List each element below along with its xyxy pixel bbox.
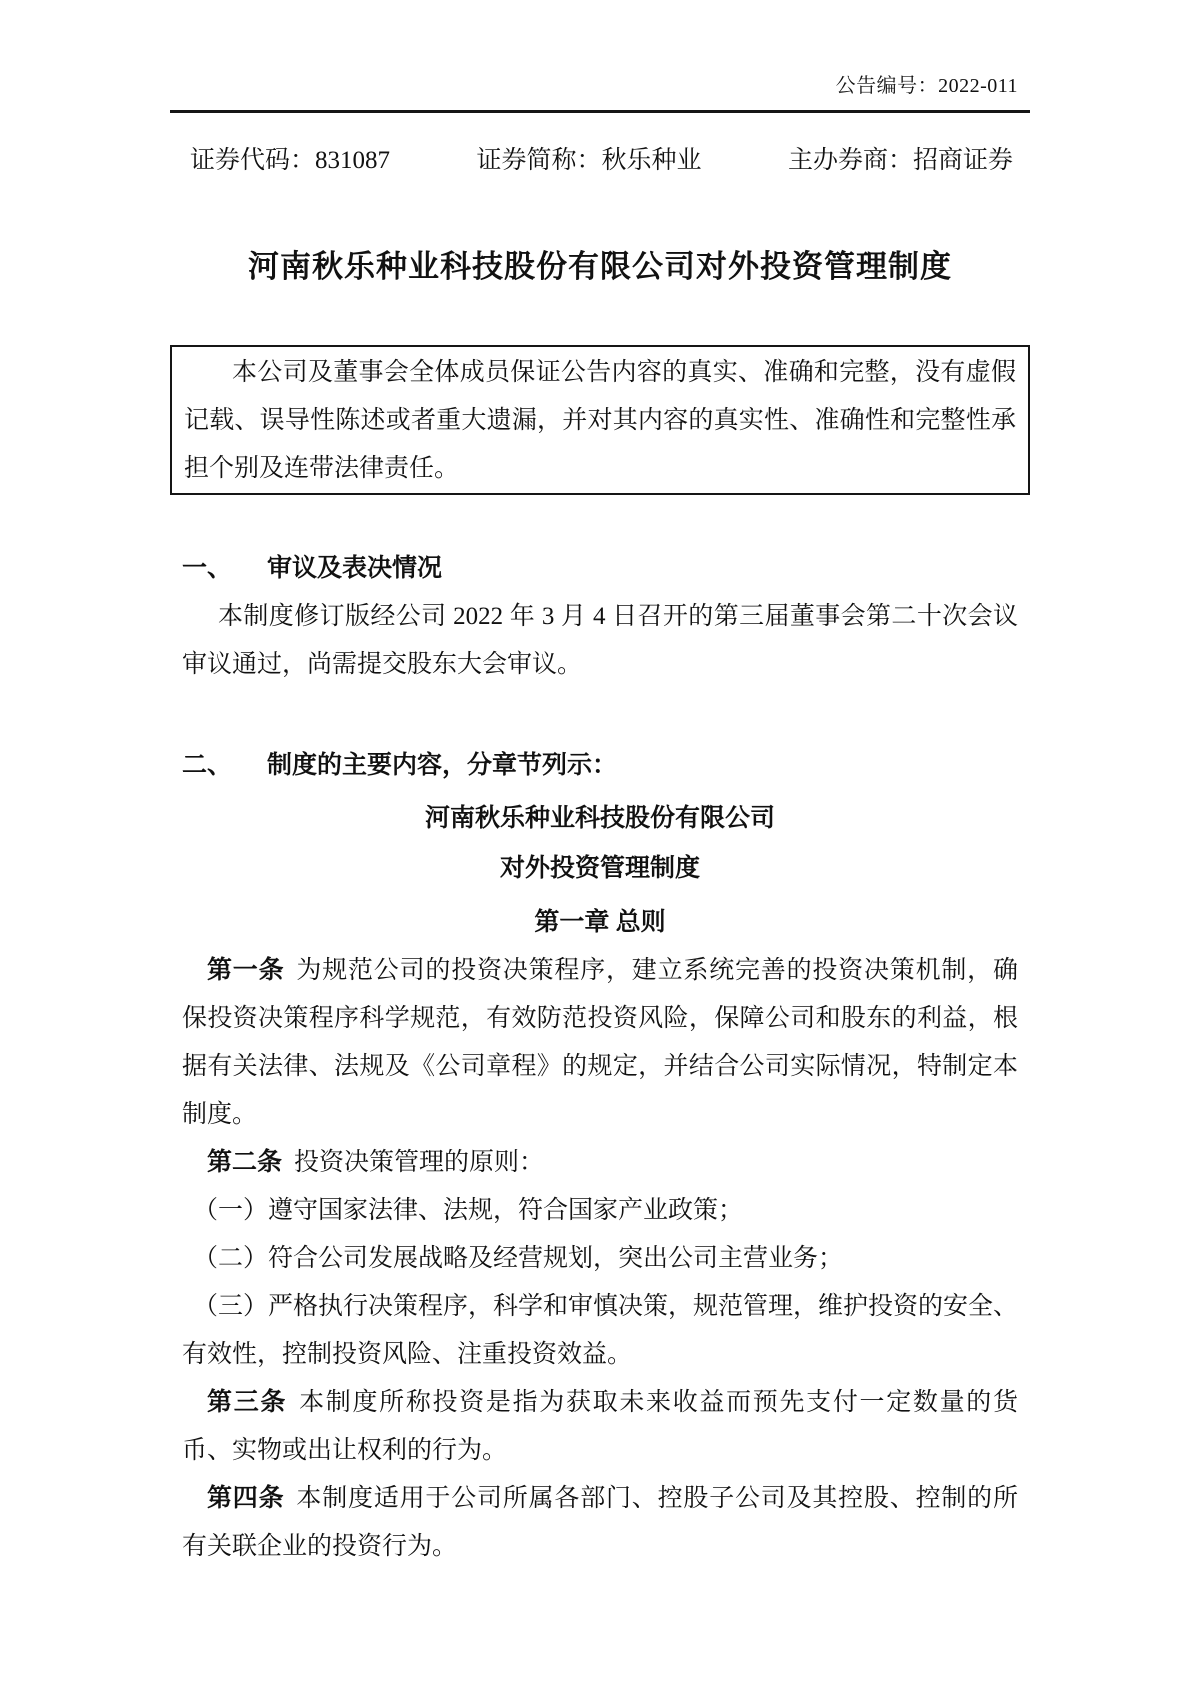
document-page: 公告编号：2022-011 证券代码：831087 证券简称：秋乐种业 主办券商… [0, 0, 1200, 1696]
document-body: 一、审议及表决情况 本制度修订版经公司 2022 年 3 月 4 日召开的第三届… [182, 545, 1018, 1571]
announcement-number: 公告编号：2022-011 [182, 0, 1018, 100]
article-3-label: 第三条 [207, 1389, 287, 1416]
disclaimer-text: 本公司及董事会全体成员保证公告内容的真实、准确和完整，没有虚假记载、误导性陈述或… [184, 359, 1016, 482]
section-1-number: 一、 [182, 545, 267, 593]
inner-doc-company-name: 河南秋乐种业科技股份有限公司 [182, 795, 1018, 843]
inner-doc-title: 对外投资管理制度 [182, 845, 1018, 893]
principle-item-2: （二）符合公司发展战略及经营规划，突出公司主营业务； [182, 1235, 1018, 1283]
securities-code: 证券代码：831087 [190, 147, 390, 175]
section-2-heading: 二、制度的主要内容，分章节列示： [182, 742, 1018, 790]
section-1-heading-label: 审议及表决情况 [267, 555, 442, 582]
section-1-heading: 一、审议及表决情况 [182, 545, 1018, 593]
section-2-heading-label: 制度的主要内容，分章节列示： [267, 752, 617, 779]
article-4-text: 本制度适用于公司所属各部门、控股子公司及其控股、控制的所有关联企业的投资行为。 [182, 1485, 1018, 1560]
article-1-text: 为规范公司的投资决策程序，建立系统完善的投资决策机制，确保投资决策程序科学规范，… [182, 957, 1018, 1128]
securities-short-name: 证券简称：秋乐种业 [476, 147, 701, 175]
securities-info-row: 证券代码：831087 证券简称：秋乐种业 主办券商：招商证券 [182, 147, 1018, 175]
chapter-1-heading: 第一章 总则 [182, 899, 1018, 947]
disclaimer-box: 本公司及董事会全体成员保证公告内容的真实、准确和完整，没有虚假记载、误导性陈述或… [170, 345, 1030, 495]
page-content: 公告编号：2022-011 证券代码：831087 证券简称：秋乐种业 主办券商… [182, 0, 1018, 1571]
article-2-text: 投资决策管理的原则： [294, 1149, 544, 1176]
article-4-label: 第四条 [207, 1485, 284, 1512]
page-title: 河南秋乐种业科技股份有限公司对外投资管理制度 [182, 247, 1018, 287]
article-4-paragraph: 第四条本制度适用于公司所属各部门、控股子公司及其控股、控制的所有关联企业的投资行… [182, 1475, 1018, 1571]
header-divider-rule [170, 110, 1030, 113]
article-3-text: 本制度所称投资是指为获取未来收益而预先支付一定数量的货币、实物或出让权利的行为。 [182, 1389, 1018, 1464]
article-1-paragraph: 第一条为规范公司的投资决策程序，建立系统完善的投资决策机制，确保投资决策程序科学… [182, 947, 1018, 1139]
article-2-label: 第二条 [207, 1149, 282, 1176]
section-2-number: 二、 [182, 742, 267, 790]
principle-item-3: （三）严格执行决策程序，科学和审慎决策，规范管理，维护投资的安全、有效性，控制投… [182, 1283, 1018, 1379]
sponsor-broker: 主办券商：招商证券 [788, 147, 1013, 175]
principle-item-1: （一）遵守国家法律、法规，符合国家产业政策； [182, 1187, 1018, 1235]
article-3-paragraph: 第三条本制度所称投资是指为获取未来收益而预先支付一定数量的货币、实物或出让权利的… [182, 1379, 1018, 1475]
article-2-paragraph: 第二条投资决策管理的原则： [182, 1139, 1018, 1187]
article-1-label: 第一条 [207, 957, 284, 984]
section-1-paragraph: 本制度修订版经公司 2022 年 3 月 4 日召开的第三届董事会第二十次会议审… [182, 593, 1018, 689]
